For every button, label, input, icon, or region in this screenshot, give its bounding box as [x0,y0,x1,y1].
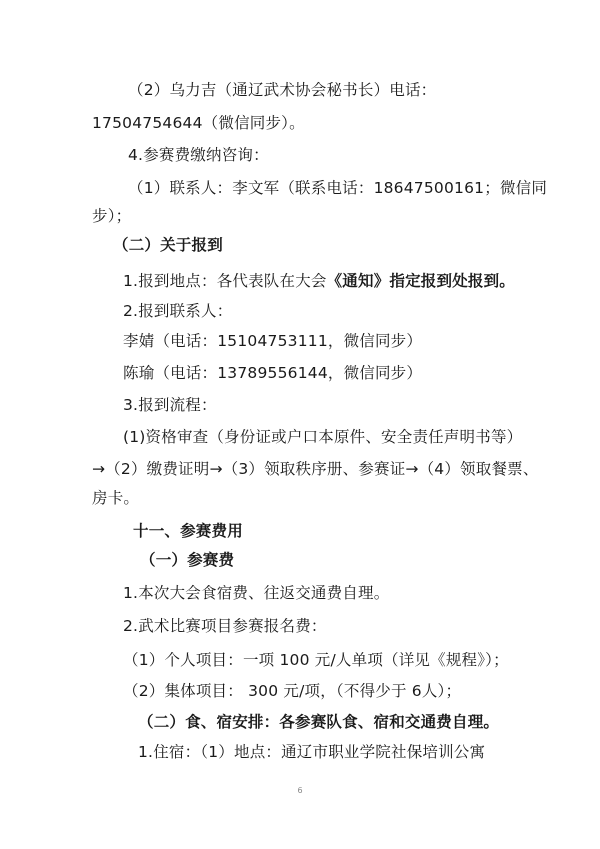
page-number: 6 [0,786,600,795]
fee-group: （2）集体项目： 300 元/项，（不得少于 6人）； [123,681,461,701]
registration-contacts-heading: 2.报到联系人： [123,301,232,321]
contact-chenyu: 陈瑜（电话：13789556144，微信同步） [123,363,422,383]
registration-location-plain: 1.报到地点：各代表队在大会 [123,272,327,290]
registration-location: 1.报到地点：各代表队在大会《通知》指定报到处报到。 [123,271,515,291]
registration-process-step1: (1)资格审查（身份证或户口本原件、安全责任声明书等） [123,427,522,447]
registration-location-bold: 《通知》指定报到处报到。 [327,272,515,290]
fee-individual: （1）个人项目：一项 100 元/人单项（详见《规程》）； [123,650,509,670]
fee-item-2: 2.武术比赛项目参赛报名费： [123,616,327,636]
fee-item-1: 1.本次大会食宿费、往返交通费自理。 [123,583,389,603]
contact-phone-wulijii: 17504754644（微信同步）。 [92,113,305,133]
section-heading-registration: （二）关于报到 [113,235,223,255]
fee-consult-heading: 4.参赛费缴纳咨询： [128,145,269,165]
subsection-heading-accommodation: （二）食、宿安排：各参赛队食、宿和交通费自理。 [138,712,499,732]
accommodation-location: 1.住宿：（1）地点：通辽市职业学院社保培训公寓 [138,742,485,762]
subsection-heading-entry-fee: （一）参赛费 [140,550,234,570]
registration-process-end: 房卡。 [92,488,139,508]
contact-line-wulijii: （2）乌力吉（通辽武术协会秘书长）电话： [128,80,436,100]
section-heading-fees: 十一、参赛费用 [133,521,243,541]
contact-lijing: 李婧（电话：15104753111，微信同步） [123,331,422,351]
registration-process-steps: →（2）缴费证明→（3）领取秩序册、参赛证→（4）领取餐票、 [92,459,539,479]
registration-process-heading: 3.报到流程： [123,395,217,415]
fee-contact-line: （1）联系人：李文军（联系电话：18647500161；微信同 [128,178,547,198]
fee-contact-line-cont: 步）； [92,206,131,226]
